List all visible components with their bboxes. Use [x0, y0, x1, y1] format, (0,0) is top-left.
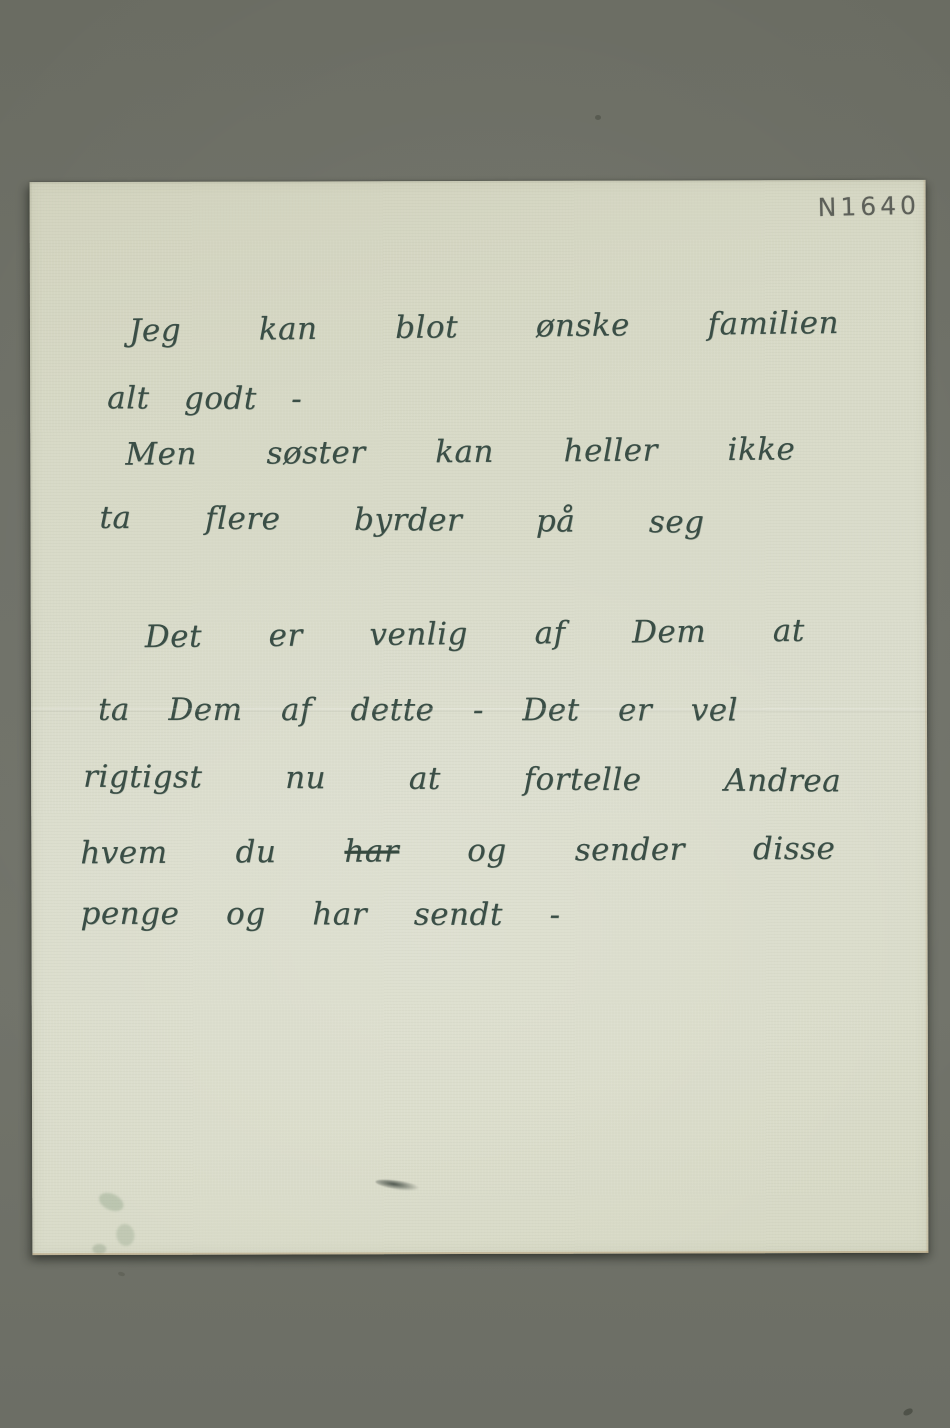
dust-speck: [902, 1407, 913, 1416]
line-8-segment: hvem du: [80, 834, 276, 871]
mat-background: N1640 Jeg kan blot ønske familien alt go…: [0, 0, 950, 1428]
dust-speck: [118, 1271, 126, 1277]
ink-smudge: [375, 1177, 428, 1194]
paper-stain: [115, 1223, 137, 1248]
paper-stain: [92, 1244, 106, 1254]
handwriting-line-3: Men søster kan heller ikke: [125, 432, 795, 473]
handwriting-line-6: ta Dem af dette - Det er vel: [98, 693, 738, 729]
letter-sheet: N1640 Jeg kan blot ønske familien alt go…: [30, 180, 929, 1255]
handwriting-line-4: ta flere byrder på seg: [99, 501, 704, 541]
handwriting-line-9: penge og har sendt -: [80, 897, 560, 934]
line-8-segment: og sender disse: [467, 831, 835, 869]
dust-speck: [595, 115, 601, 120]
handwriting-line-8: hvem du har og sender disse: [80, 832, 835, 872]
paper-stain: [96, 1189, 126, 1214]
handwriting-line-2: alt godt -: [107, 381, 302, 417]
handwriting-line-1: Jeg kan blot ønske familien: [129, 306, 839, 350]
handwriting-line-5: Det er venlig af Dem at: [145, 614, 805, 656]
handwriting-line-7: rigtigst nu at fortelle Andrea: [83, 760, 841, 800]
strikethrough-word: har: [344, 833, 399, 869]
catalog-number: N1640: [817, 191, 920, 222]
